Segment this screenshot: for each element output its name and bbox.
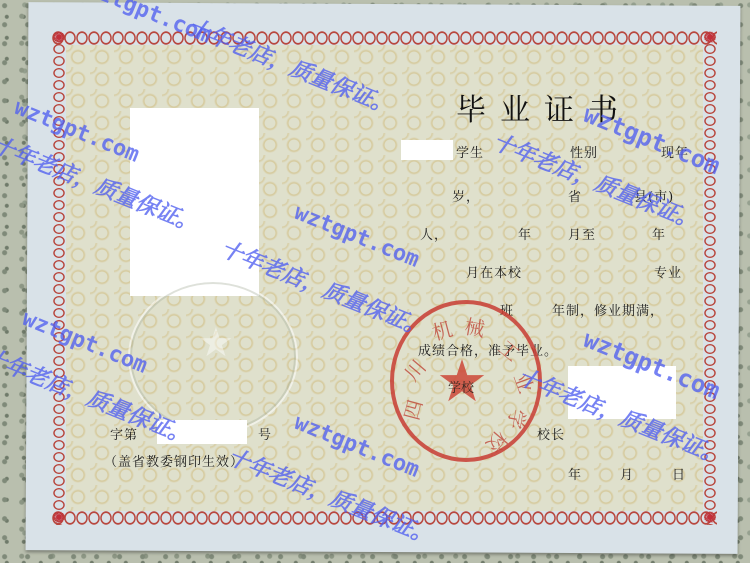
corner-ornament-icon: ✺ bbox=[702, 30, 718, 46]
seal-center-label: 学校 bbox=[448, 377, 474, 396]
cert-no-suffix: 号 bbox=[258, 424, 272, 443]
date-year: 年 bbox=[568, 464, 582, 483]
label-year-from: 年 bbox=[518, 224, 532, 243]
date-day: 日 bbox=[672, 464, 686, 483]
label-major: 专业 bbox=[654, 262, 682, 281]
date-month: 月 bbox=[620, 464, 634, 483]
corner-ornament-icon: ✺ bbox=[51, 30, 67, 46]
label-year-to: 年 bbox=[652, 224, 666, 243]
label-month-at-school: 月在本校 bbox=[466, 262, 522, 281]
corner-ornament-icon: ✺ bbox=[702, 510, 718, 526]
label-principal: 校长 bbox=[537, 424, 565, 443]
label-month-to: 月至 bbox=[568, 224, 596, 243]
label-student: 学生 bbox=[456, 142, 484, 161]
corner-ornament-icon: ✺ bbox=[51, 510, 67, 526]
guilloche-border-left bbox=[52, 31, 66, 525]
label-program: 年制，修业期满， bbox=[552, 300, 664, 319]
label-age: 岁， bbox=[452, 186, 480, 205]
guilloche-border-top bbox=[52, 31, 717, 45]
emboss-star-icon: ★ bbox=[198, 320, 234, 366]
redacted-name bbox=[401, 140, 453, 160]
label-person: 人， bbox=[420, 224, 448, 243]
